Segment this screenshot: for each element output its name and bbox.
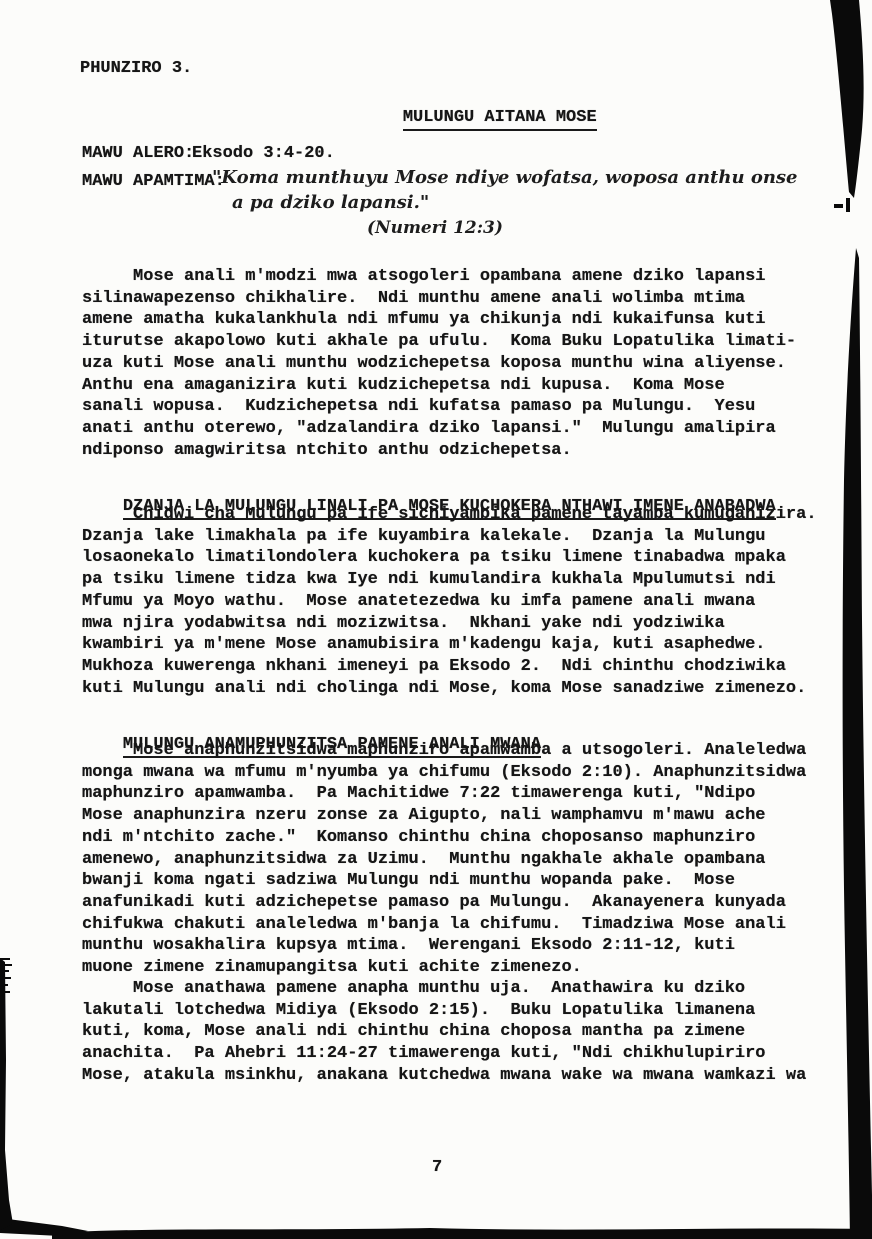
scan-artifact-left-tooth-6 [0,991,10,993]
section-2-paragraph-2: Mose anathawa pamene anapha munthu uja. … [82,978,806,1087]
memory-verse-reference: (Numeri 12:3) [367,216,503,240]
scan-artifact-left-tooth-3 [0,970,9,972]
page-title-text: MULUNGU AITANA MOSE [403,107,597,132]
scan-artifact-top-right-wedge [830,0,864,198]
scan-artifact-left-strip [0,958,13,1230]
scan-artifact-left-tooth-4 [0,977,11,979]
page-number: 7 [432,1157,442,1179]
scanned-document-page: PHUNZIRO 3. MULUNGU AITANA MOSE MAWU ALE… [0,0,872,1239]
scan-artifact-right-strip [843,248,872,1239]
page-title: MULUNGU AITANA MOSE [362,85,597,153]
scan-artifact-left-tooth-2 [0,964,12,966]
scan-artifact-bottom-left-wedge [0,1218,88,1236]
scan-artifact-bottom-bar [52,1228,872,1239]
scan-artifact-tick [846,198,850,212]
section-1-paragraph: Chidwi cha Mulungu pa ife sichiyambika p… [82,504,817,699]
section-2-paragraph-1: Mose anaphunzitsidwa maphunziro apamwamb… [82,740,806,979]
memory-verse-label: MAWU APAMTIMA: [82,171,225,193]
scripture-reading-label: MAWU ALERO: [82,143,194,165]
memory-verse-quote-line2: a pa dziko lapansi." [232,191,429,215]
scan-artifact-dash [834,204,843,208]
lesson-number: PHUNZIRO 3. [80,58,192,80]
memory-verse-quote-line1: "Koma munthuyu Mose ndiye wofatsa, wopos… [212,166,798,190]
scan-artifact-left-tooth-5 [0,984,8,986]
scan-artifact-left-tooth-1 [0,958,10,960]
scripture-reading-value: Eksodo 3:4-20. [192,143,335,165]
intro-paragraph: Mose anali m'modzi mwa atsogoleri opamba… [82,266,796,461]
